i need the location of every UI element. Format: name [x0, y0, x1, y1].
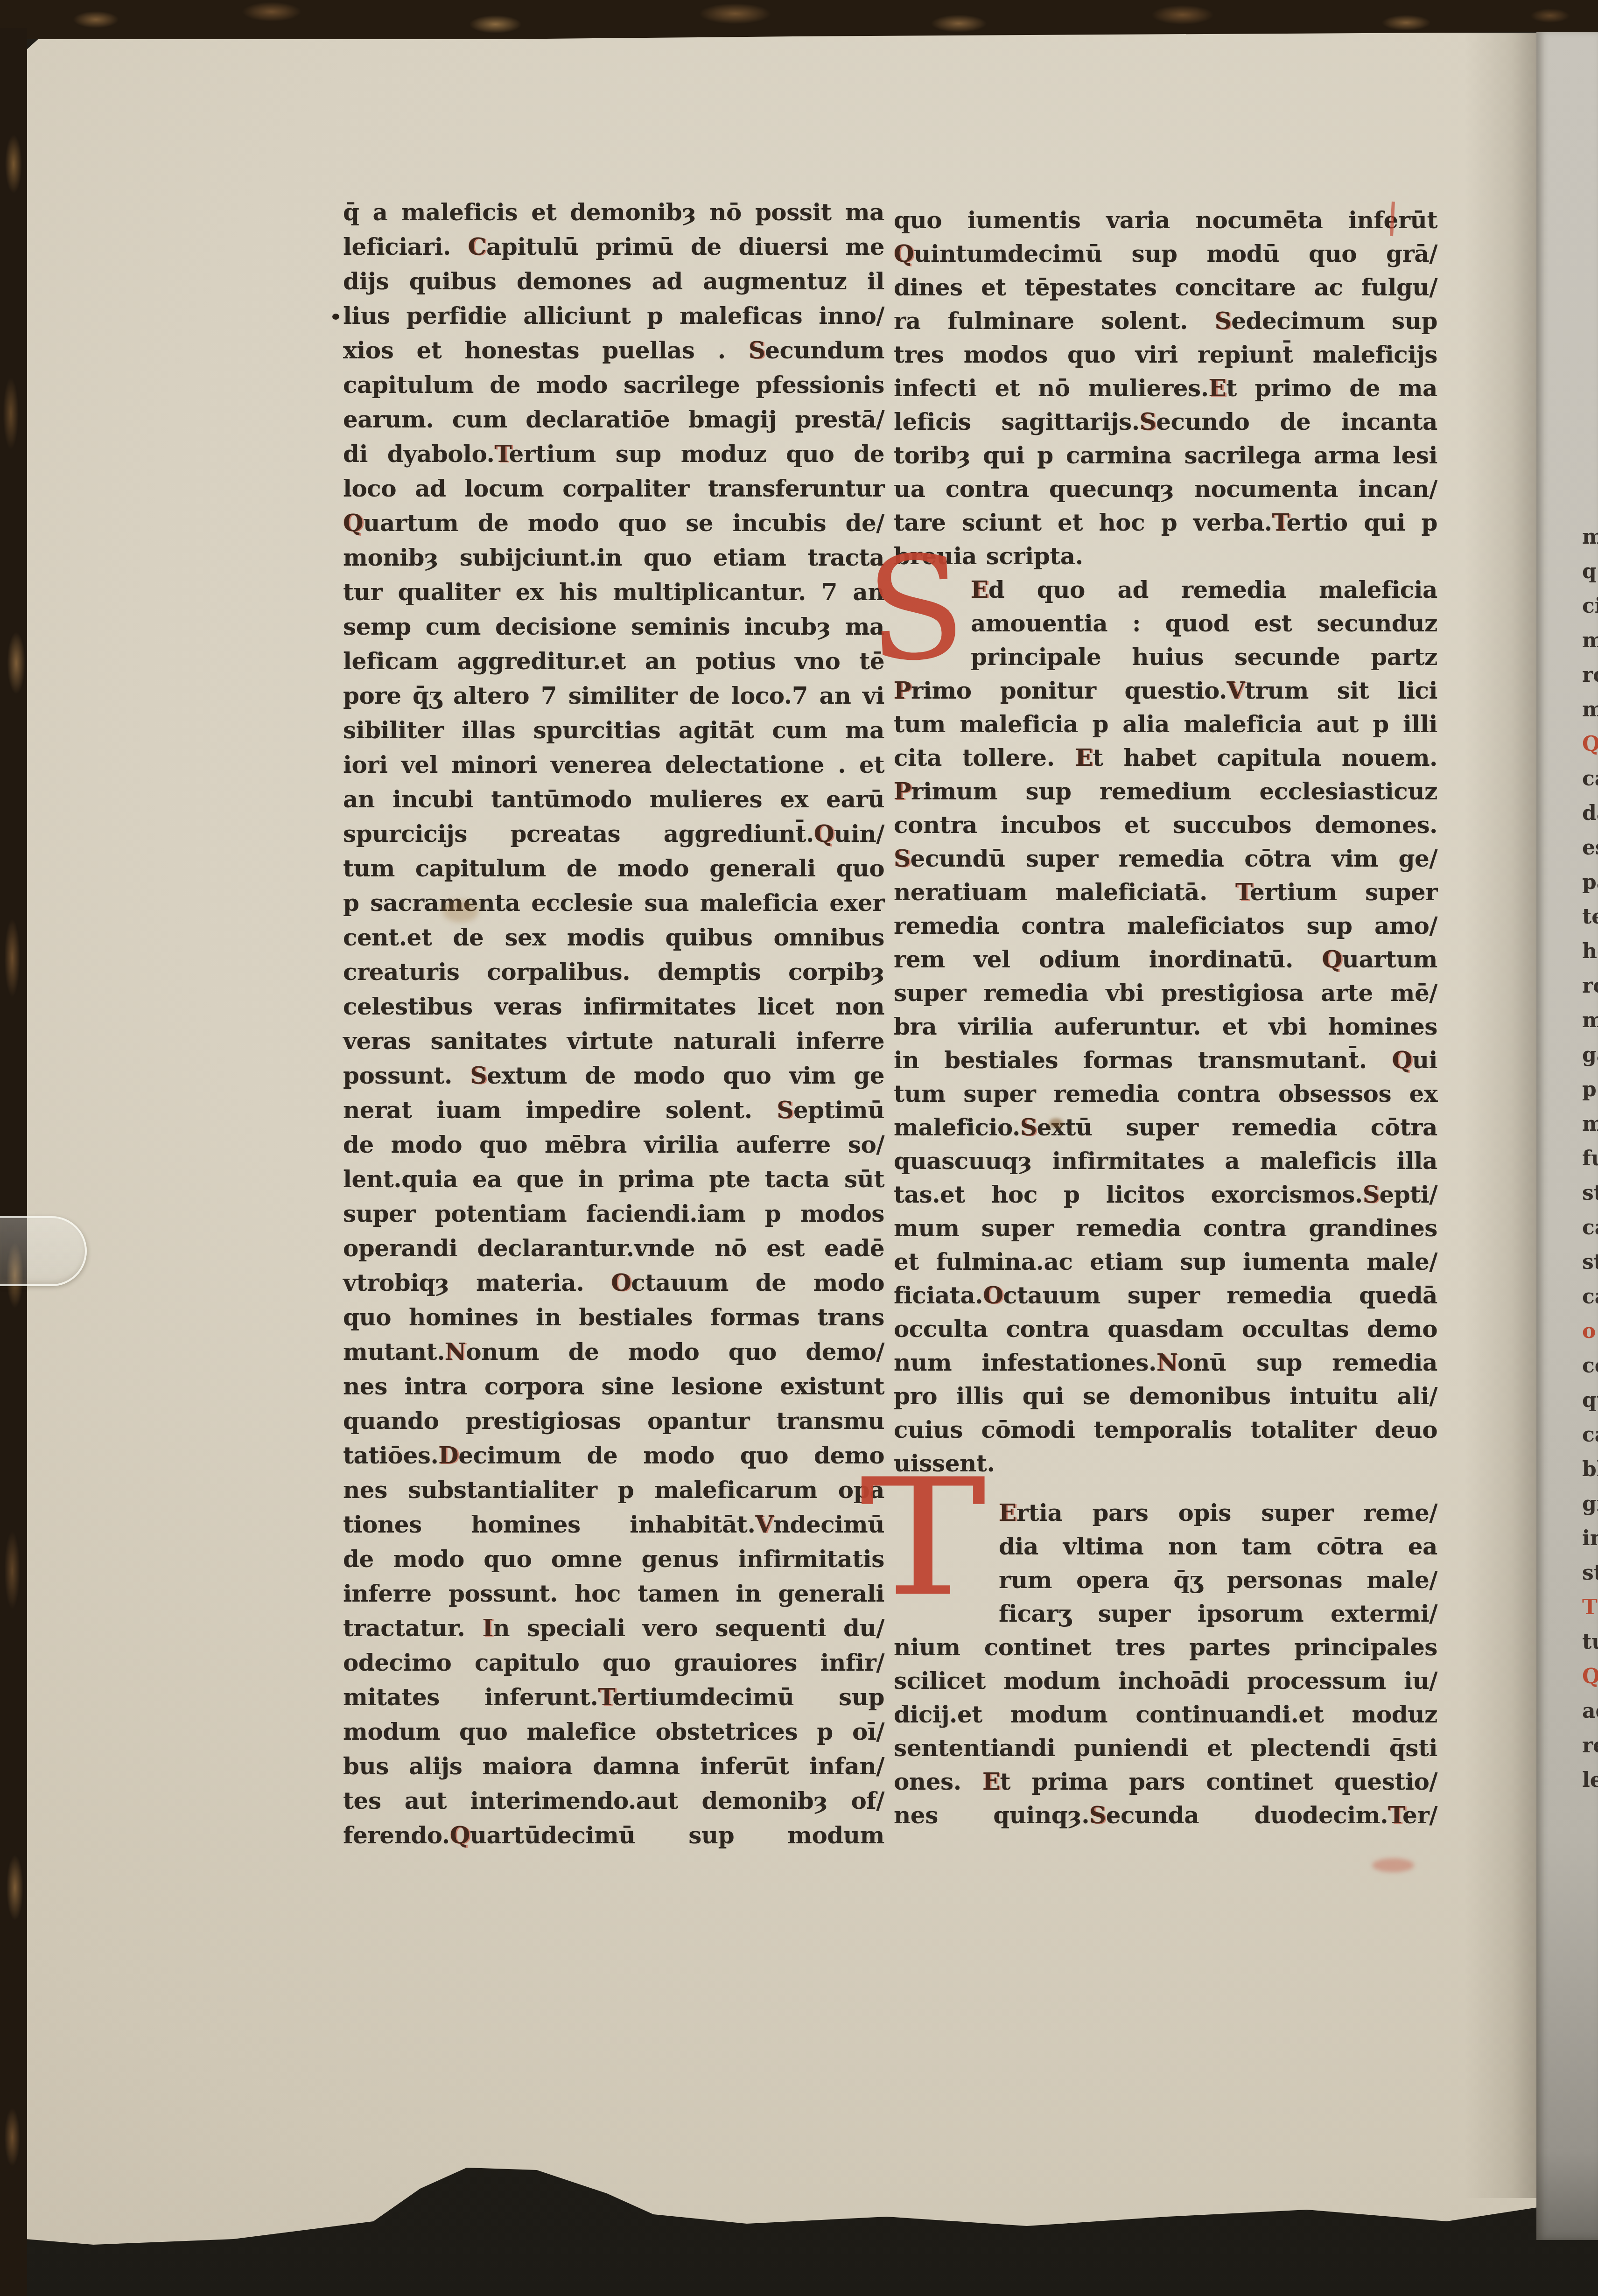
- text-line: neratiuam maleficiatā. Tertium super: [894, 875, 1437, 909]
- rubricated-capital: S: [470, 1062, 487, 1089]
- text-line: Ed quo ad remedia maleficia: [894, 573, 1437, 607]
- fore-edge-fragment: sti: [1582, 1176, 1598, 1211]
- fore-edge-fragment: ad: [1582, 1694, 1598, 1729]
- text-line: inferre possunt. hoc tamen in generali: [343, 1576, 884, 1611]
- rubricated-capital: P: [894, 777, 911, 805]
- rubricated-capital: S: [1089, 1801, 1106, 1829]
- text-line: maleficio.Sextū super remedia cōtra: [894, 1111, 1437, 1144]
- fore-edge-fragment: m: [1582, 1003, 1598, 1038]
- rubricated-capital: N: [1156, 1349, 1177, 1376]
- text-line: vtrobiqȝ materia. Octauum de modo: [343, 1266, 884, 1300]
- text-line: num infestationes.Nonū sup remedia: [894, 1346, 1437, 1379]
- text-line: quo homines in bestiales formas trans: [343, 1300, 884, 1335]
- text-line: mutant.Nonum de modo quo demo/: [343, 1335, 884, 1369]
- fore-edge-fragment: Q: [1582, 1659, 1598, 1694]
- rubricated-capital: D: [438, 1442, 458, 1469]
- rubricated-capital: E: [999, 1499, 1016, 1526]
- text-line: q̄ a maleficis et demonibȝ nō possit ma: [343, 195, 884, 230]
- fore-edge-fragment: tu: [1582, 1625, 1598, 1659]
- text-line: an incubi tantūmodo mulieres ex earū: [343, 782, 884, 817]
- rubricated-capital: T: [598, 1683, 612, 1711]
- text-line: super potentiam faciendi.iam p modos: [343, 1197, 884, 1231]
- text-line: Primo ponitur questio.Vtrum sit lici: [894, 674, 1437, 707]
- text-line: bra virilia auferuntur. et vbi homines: [894, 1010, 1437, 1043]
- rubricated-capital: Q: [814, 820, 834, 847]
- page-gutter-shadow: [1465, 33, 1536, 2198]
- text-line: earum. cum declaratiōe bmagij prestā/: [343, 402, 884, 437]
- fore-edge-fragment: da: [1582, 796, 1598, 831]
- text-line: iori vel minori venerea delectatione . e…: [343, 748, 884, 782]
- fore-edge-fragment: m: [1582, 1107, 1598, 1141]
- text-line: toribȝ qui p carmina sacrilega arma lesi: [894, 439, 1437, 472]
- rubricated-capital: E: [982, 1768, 1000, 1795]
- text-line: nes quinqȝ.Secunda duodecim.Ter/: [894, 1799, 1437, 1832]
- rubricated-capital: T: [1272, 509, 1287, 536]
- fore-edge-fragment: les: [1582, 1763, 1598, 1798]
- rubricated-capital: N: [445, 1338, 466, 1365]
- fore-edge-fragment: fu: [1582, 1141, 1598, 1176]
- text-line: capitulum de modo sacrilege pfessionis: [343, 368, 884, 402]
- rubricated-capital: T: [494, 440, 509, 468]
- text-line: p sacramenta ecclesie sua maleficia exer: [343, 886, 884, 920]
- text-line: ones. Et prima pars continet questio/: [894, 1765, 1437, 1799]
- text-line: principale huius secunde partz: [894, 640, 1437, 674]
- text-line: occulta contra quasdam occultas demo: [894, 1312, 1437, 1346]
- text-line: nium continet tres partes principales: [894, 1631, 1437, 1664]
- rubricated-capital: O: [611, 1269, 631, 1296]
- rubricated-capital: S: [1363, 1181, 1380, 1208]
- rubricated-capital: I: [482, 1614, 493, 1642]
- text-line: lius perfidie alliciunt p maleficas inno…: [343, 299, 884, 333]
- rubricated-capital: E: [1075, 744, 1093, 771]
- text-line: tres modos quo viri repiunt̄ maleficijs: [894, 338, 1437, 371]
- text-line: operandi declarantur.vnde nō est eadē: [343, 1231, 884, 1266]
- fore-edge-fragment: re: [1582, 1729, 1598, 1763]
- text-line: in bestiales formas transmutant̄. Qui: [894, 1043, 1437, 1077]
- text-line: Quintumdecimū sup modū quo grā/: [894, 237, 1437, 271]
- rubricated-capital: S: [749, 336, 765, 364]
- binding-left-edge: [0, 28, 27, 2296]
- fore-edge-fragment: ro: [1582, 658, 1598, 693]
- text-line: ra fulminare solent. Sedecimum sup: [894, 304, 1437, 338]
- text-line: tare sciunt et hoc p verba.Tertio qui p: [894, 506, 1437, 539]
- text-line: veras sanitates virtute naturali inferre: [343, 1024, 884, 1058]
- rubricated-capital: Q: [1392, 1046, 1412, 1074]
- text-line: nerat iuam impedire solent. Septimū: [343, 1093, 884, 1127]
- text-line: tas.et hoc p licitos exorcismos.Septi/: [894, 1178, 1437, 1211]
- text-line: tatiōes.Decimum de modo quo demo: [343, 1438, 884, 1473]
- text-line: nes substantialiter p maleficarum opa: [343, 1473, 884, 1507]
- text-line: rem vel odium inordinatū. Quartum: [894, 943, 1437, 976]
- text-line: xios et honestas puellas . Secundum: [343, 333, 884, 368]
- fore-edge-fragment: gi: [1582, 1487, 1598, 1521]
- text-line: bus alijs maiora damna inferūt infan/: [343, 1749, 884, 1784]
- text-line: ferendo.Quartūdecimū sup modum: [343, 1818, 884, 1853]
- fore-edge-fragment: ca: [1582, 1418, 1598, 1452]
- rubricated-capital: Q: [343, 509, 363, 537]
- text-line: dines et tēpestates concitare ac fulgu/: [894, 271, 1437, 304]
- fore-edge-fragment: ro: [1582, 969, 1598, 1003]
- rubricated-capital: S: [894, 845, 911, 872]
- rubricated-capital: E: [971, 576, 988, 603]
- text-line: ficiata.Octauum super remedia quedā: [894, 1279, 1437, 1312]
- text-line: Secundū super remedia cōtra vim ge/: [894, 842, 1437, 875]
- text-line: nes intra corpora sine lesione existunt: [343, 1369, 884, 1404]
- text-line: super remedia vbi prestigiosa arte mē/: [894, 976, 1437, 1010]
- fore-edge-fragment: ca: [1582, 1211, 1598, 1245]
- rubricated-capital: S: [1140, 408, 1156, 435]
- text-line: possunt. Sextum de modo quo vim ge: [343, 1058, 884, 1093]
- text-line: cita tollere. Et habet capitula nouem.: [894, 741, 1437, 775]
- rubricated-capital: T: [1388, 1801, 1402, 1829]
- fore-edge-fragment: Q: [1582, 727, 1598, 762]
- fore-edge-fragment: m: [1582, 623, 1598, 658]
- text-line: celestibus veras infirmitates licet non: [343, 989, 884, 1024]
- text-line: cuius cōmodi temporalis totaliter deuo: [894, 1413, 1437, 1447]
- rubricated-capital: E: [1209, 374, 1227, 402]
- text-line: leficiari. Capitulū primū de diuersi me: [343, 230, 884, 264]
- rubricated-capital: Q: [450, 1821, 470, 1849]
- rubricated-capital: C: [468, 233, 486, 260]
- book-scan: mqcimromQcadaespatehoromgapmfusticastica…: [0, 0, 1598, 2296]
- fore-edge-fragment: es: [1582, 831, 1598, 865]
- text-line: lent.quia ea que in prima pte tacta sūt: [343, 1162, 884, 1197]
- text-line: Primum sup remedium ecclesiasticuz: [894, 775, 1437, 808]
- text-line: quando prestigiosas opantur transmu: [343, 1404, 884, 1438]
- transparent-page-clip: [0, 1216, 87, 1286]
- fore-edge-fragment: sti: [1582, 1245, 1598, 1280]
- ink-spot: [332, 314, 339, 320]
- fore-edge-fragment: o: [1582, 1314, 1598, 1349]
- paper-stain: [442, 900, 479, 922]
- paper-stain-small: [1049, 1118, 1063, 1128]
- text-line: scilicet modum inchoādi processum iu/: [894, 1664, 1437, 1698]
- text-line: modum quo malefice obstetrices p oī/: [343, 1715, 884, 1749]
- fore-edge-fragment: sti: [1582, 1556, 1598, 1590]
- text-line: leficis sagittarijs.Secundo de incanta: [894, 405, 1437, 439]
- text-line: sententiandi puniendi et plectendi q̄sti: [894, 1731, 1437, 1765]
- text-line: pro illis qui se demonibus intuitu ali/: [894, 1379, 1437, 1413]
- text-line: de modo quo omne genus infirmitatis: [343, 1542, 884, 1576]
- text-line: Quartum de modo quo se incubis de/: [343, 506, 884, 540]
- fore-edge-fragment: q: [1582, 554, 1598, 589]
- rubricated-capital: Q: [1322, 945, 1342, 973]
- rubricated-capital: O: [983, 1281, 1003, 1309]
- text-line: breuia scripta.: [894, 539, 1437, 573]
- rubricated-capital: S: [1215, 307, 1232, 335]
- fore-edge-fragment: ho: [1582, 934, 1598, 969]
- text-line: tur qualiter ex his multiplicantur. 7 an: [343, 575, 884, 609]
- fore-edge-text-fragments: mqcimromQcadaespatehoromgapmfusticastica…: [1582, 520, 1598, 1798]
- rubricated-capital: S: [777, 1096, 793, 1124]
- fore-edge-fragment: ga: [1582, 1038, 1598, 1072]
- text-line: dicij.et modum continuandi.et moduz: [894, 1698, 1437, 1731]
- fore-edge-fragment: m: [1582, 520, 1598, 554]
- text-line: et fulmina.ac etiam sup iumenta male/: [894, 1245, 1437, 1279]
- rubricated-initial-t: T: [860, 1466, 987, 1611]
- fore-edge-fragment: in: [1582, 1521, 1598, 1556]
- text-line: dijs quibus demones ad augmentuz il: [343, 264, 884, 299]
- fore-edge-fragment: ce: [1582, 1349, 1598, 1383]
- text-line: monibȝ subijciunt.in quo etiam tracta: [343, 540, 884, 575]
- text-line: amouentia : quod est secunduz: [894, 607, 1437, 640]
- rubricated-capital: V: [755, 1511, 773, 1538]
- text-line: de modo quo mēbra virilia auferre so/: [343, 1127, 884, 1162]
- rubricated-capital: Q: [894, 240, 914, 267]
- text-line: infecti et nō mulieres.Et primo de ma: [894, 371, 1437, 405]
- red-ink-smudge: [1372, 1858, 1414, 1872]
- text-line: leficam aggreditur.et an potius vno tē: [343, 644, 884, 679]
- text-line: sibiliter illas spurcitias agitāt cum ma: [343, 713, 884, 748]
- text-line: cent.et de sex modis quibus omnibus: [343, 920, 884, 955]
- fore-edge-fragment: pa: [1582, 865, 1598, 900]
- text-line: ua contra quecunqȝ nocumenta incan/: [894, 472, 1437, 506]
- text-line: tractatur. In speciali vero sequenti du/: [343, 1611, 884, 1645]
- fore-edge-fragment: ca: [1582, 762, 1598, 796]
- rubricated-capital: V: [1227, 677, 1245, 704]
- text-line: mum super remedia contra grandines: [894, 1211, 1437, 1245]
- left-text-column: q̄ a maleficis et demonibȝ nō possit mal…: [343, 195, 884, 1853]
- text-line: pore q̄ʒ altero 7 similiter de loco.7 an…: [343, 679, 884, 713]
- text-line: mitates inferunt.Tertiumdecimū sup: [343, 1680, 884, 1715]
- fore-edge-fragment: te: [1582, 900, 1598, 934]
- rubricated-initial-s: S: [864, 543, 968, 676]
- text-line: tum super remedia contra obsessos ex: [894, 1077, 1437, 1111]
- next-page-fore-edge: mqcimromQcadaespatehoromgapmfusticastica…: [1536, 30, 1598, 2240]
- text-line: tes aut interimendo.aut demonibȝ of/: [343, 1784, 884, 1818]
- text-line: loco ad locum corpaliter transferuntur: [343, 471, 884, 506]
- text-line: semp cum decisione seminis incubȝ ma: [343, 609, 884, 644]
- fore-edge-fragment: bl: [1582, 1452, 1598, 1487]
- rubricated-capital: T: [1235, 878, 1250, 906]
- fore-edge-fragment: qu: [1582, 1383, 1598, 1418]
- fore-edge-fragment: T: [1582, 1590, 1598, 1625]
- text-line: odecimo capitulo quo grauiores infir/: [343, 1645, 884, 1680]
- text-line: tum capitulum de modo generali quo: [343, 851, 884, 886]
- text-line: tiones homines inhabitāt.Vndecimū: [343, 1507, 884, 1542]
- fore-edge-fragment: m: [1582, 693, 1598, 727]
- fore-edge-fragment: ca: [1582, 1280, 1598, 1314]
- text-line: spurcicijs pcreatas aggrediunt̄.Quin/: [343, 817, 884, 851]
- text-line: quo iumentis varia nocumēta inferūt: [894, 203, 1437, 237]
- fore-edge-fragment: p: [1582, 1072, 1598, 1107]
- fore-edge-fragment: ci: [1582, 589, 1598, 623]
- text-line: contra incubos et succubos demones.: [894, 808, 1437, 842]
- text-line: remedia contra maleficiatos sup amo/: [894, 909, 1437, 943]
- text-line: creaturis corpalibus. demptis corpibȝ: [343, 955, 884, 989]
- text-line: tum maleficia p alia maleficia aut p ill…: [894, 707, 1437, 741]
- text-line: quascuuqȝ infirmitates a maleficis illa: [894, 1144, 1437, 1178]
- text-line: di dyabolo.Tertium sup moduz quo de: [343, 437, 884, 471]
- rubricated-capital: S: [1020, 1113, 1037, 1141]
